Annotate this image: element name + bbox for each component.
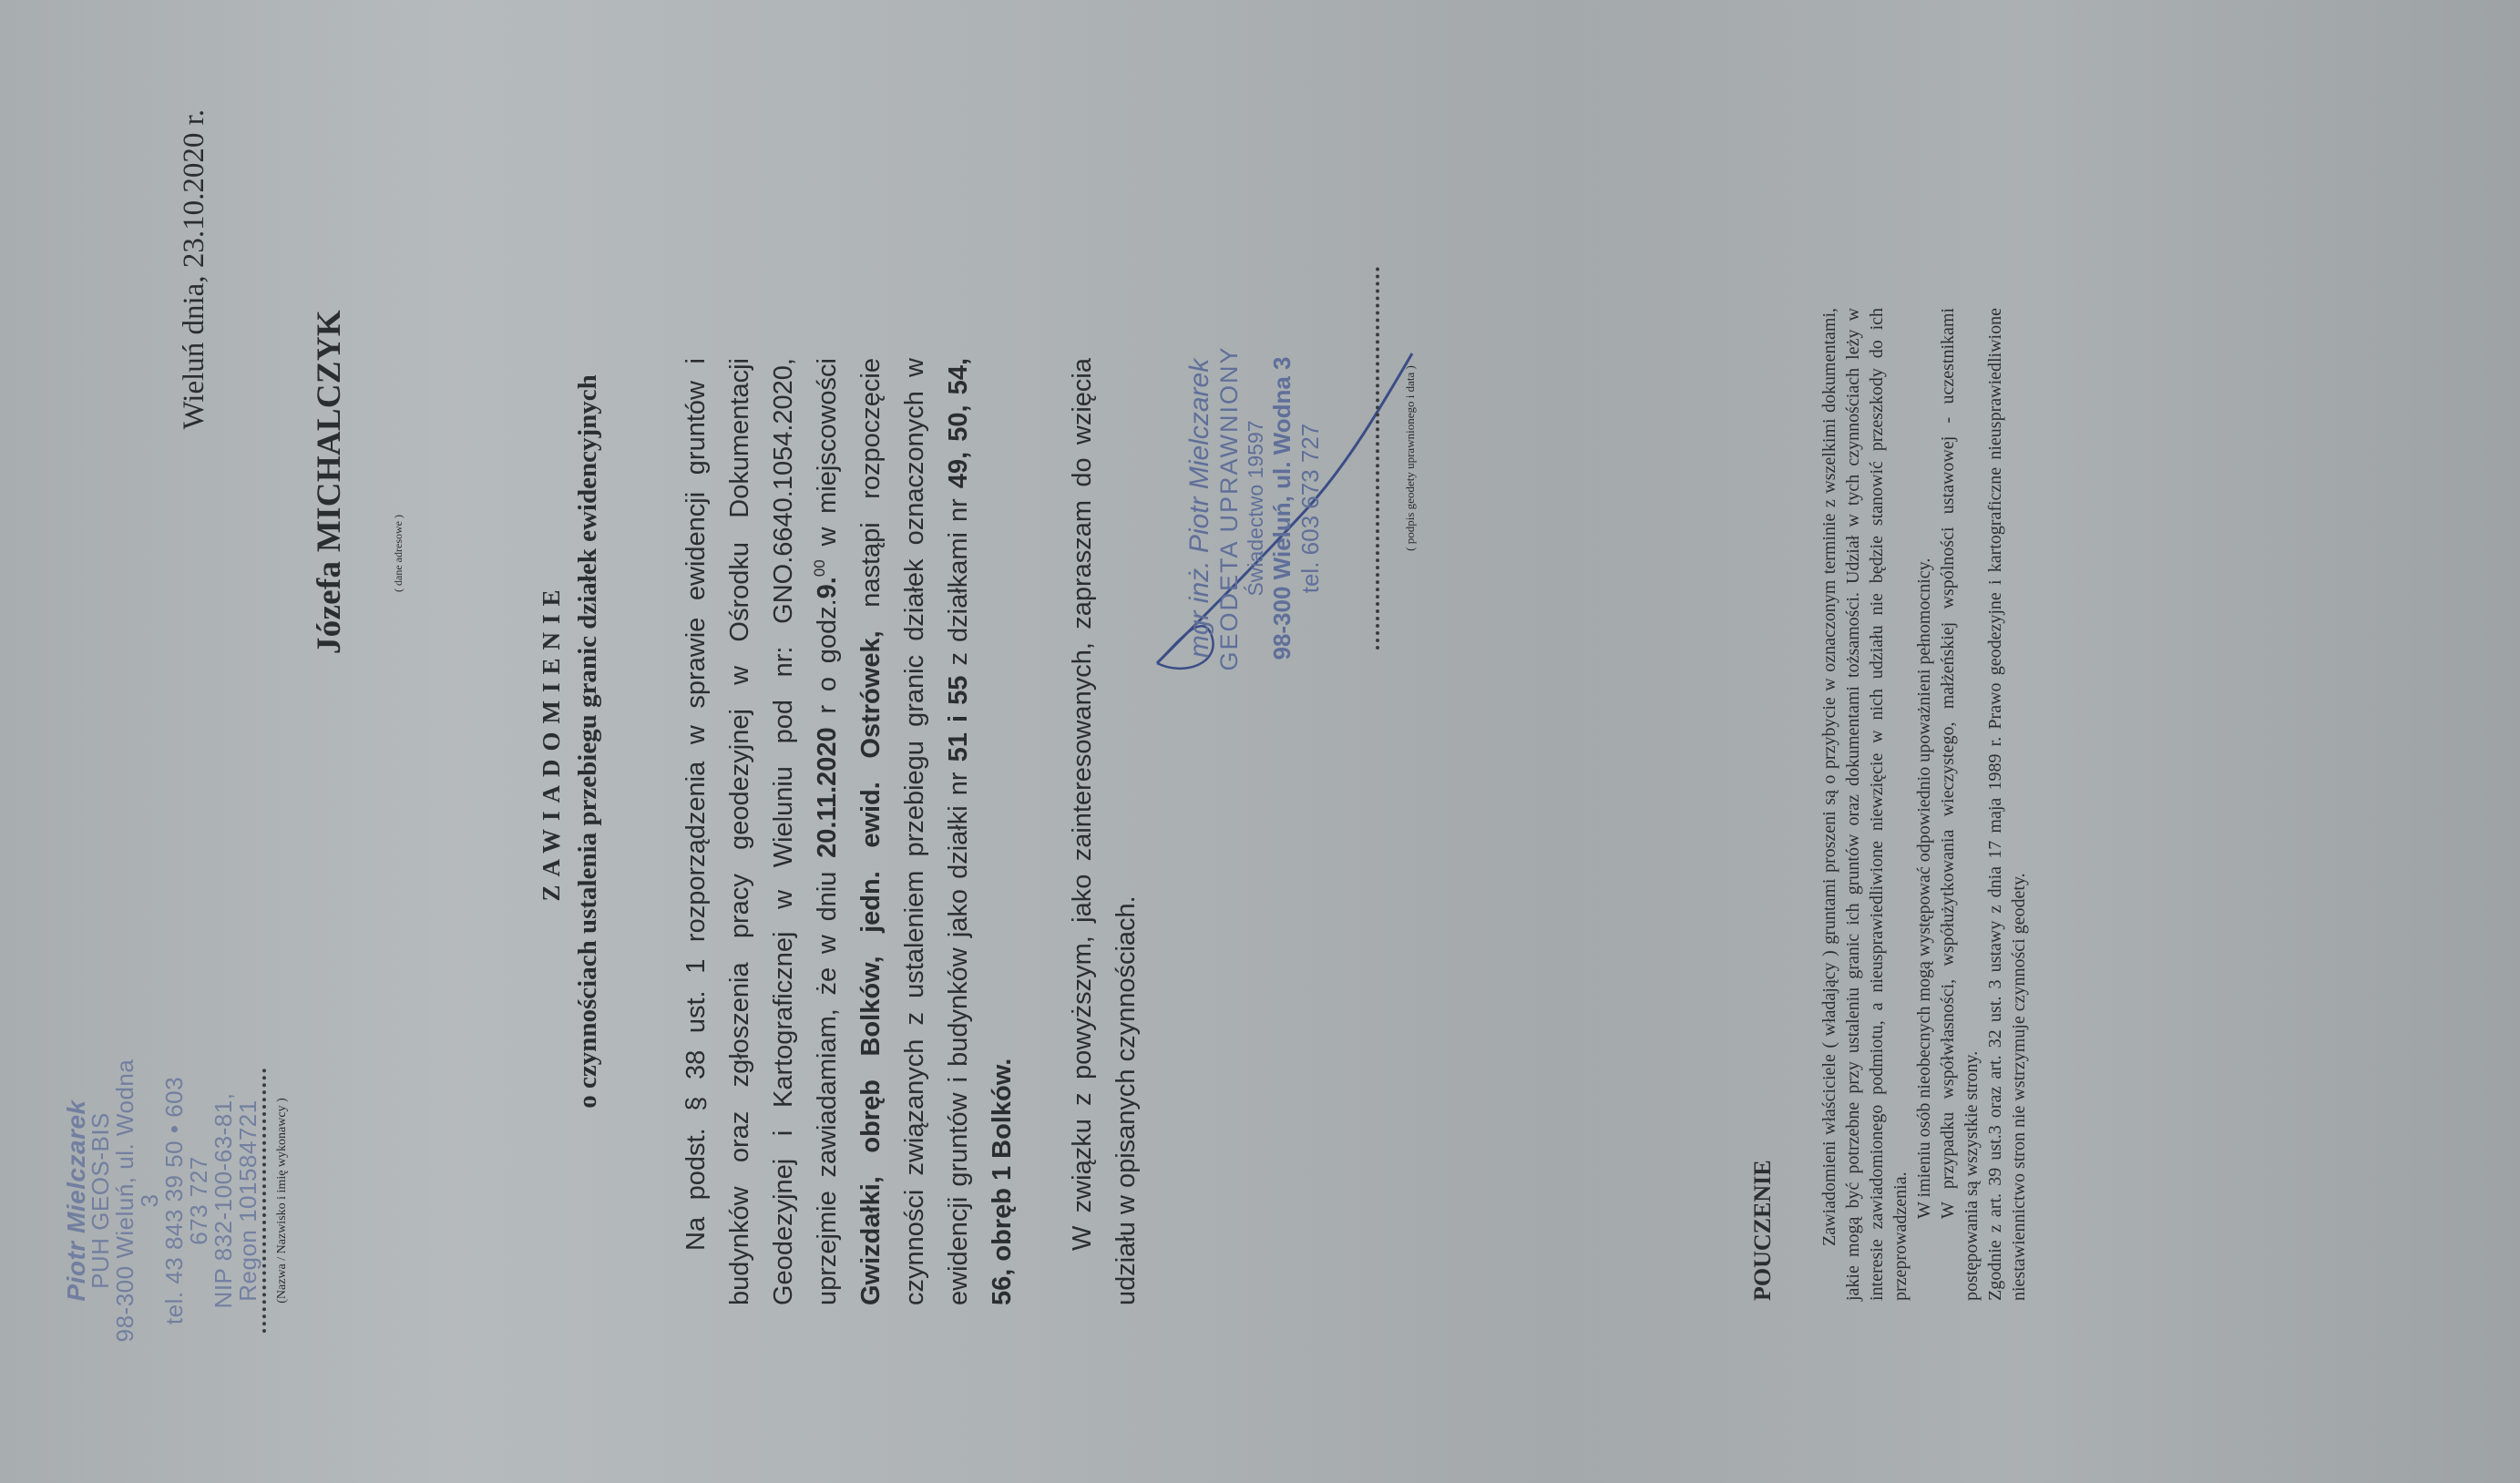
city-date: Wieluń dnia, 23.10.2020 r.: [178, 109, 211, 430]
contractor-caption: (Nazwa / Nazwisko i imię wykonawcy ): [275, 1055, 290, 1346]
surveyor-stamp: mgr inż. Piotr Mielczarek GEODETA UPRAWN…: [1184, 335, 1325, 681]
instruction-paragraph: W imieniu osób nieobecnych mogą występow…: [1912, 308, 1936, 1301]
notice-paragraph-2: W związku z powyższym, jako zainteresowa…: [1060, 358, 1148, 1305]
contractor-dotted-line: [262, 1069, 266, 1333]
signature-caption: ( podpis geodety uprawnionego i data ): [1403, 267, 1418, 649]
instruction-title: POUCZENIE: [1749, 1160, 1777, 1301]
plot-numbers: 51 i 55: [944, 676, 973, 762]
surveyor-phone: tel. 603 673 727: [1296, 335, 1325, 681]
instruction-body: Zawiadomieni właściciele ( władający ) g…: [1818, 308, 2031, 1301]
meeting-date: 20.11.2020: [813, 727, 842, 858]
document-page: Piotr Mielczarek PUH GEOS-BIS 98-300 Wie…: [0, 0, 2520, 1483]
contractor-name: Piotr Mielczarek: [64, 1055, 88, 1346]
notice-paragraph-1: Na podst. § 38 ust. 1 rozporządzenia w s…: [674, 358, 1024, 1305]
contractor-phone: tel. 43 843 39 50 • 603 673 727: [162, 1055, 211, 1346]
contractor-ids: NIP 832-100-63-81, Regon 101584721: [211, 1055, 261, 1346]
addressee-caption: ( dane adresowe ): [392, 515, 405, 592]
contractor-company: PUH GEOS-BIS: [88, 1055, 113, 1346]
signature-dotted-line: [1376, 267, 1379, 649]
notice-body: Na podst. § 38 ust. 1 rozporządzenia w s…: [674, 358, 1148, 1305]
surveyor-address: 98-300 Wieluń, ul. Wodna 3: [1268, 335, 1296, 681]
surveyor-title: GEODETA UPRAWNIONY: [1215, 335, 1244, 681]
addressee-name: Józefa MICHALCZYK: [310, 310, 349, 654]
instruction-paragraph: Zgodnie z art. 39 ust.3 oraz art. 32 ust…: [1983, 308, 2031, 1301]
instruction-paragraph: W przypadku współwłasności, współużytkow…: [1936, 308, 1983, 1301]
document-title: ZAWIADOMIENIE o czynnościach ustalenia p…: [538, 0, 603, 1483]
surveyor-certificate: Świadectwo 19597: [1244, 335, 1268, 681]
meeting-place: Gwizdałki, obręb Bolków, jedn. ewid. Ost…: [856, 630, 886, 1305]
meeting-hour: 9.: [813, 577, 842, 598]
surveyor-name: mgr inż. Piotr Mielczarek: [1184, 335, 1215, 681]
instruction-paragraph: Zawiadomieni właściciele ( władający ) g…: [1818, 308, 1912, 1301]
contractor-address: 98-300 Wieluń, ul. Wodna 3: [113, 1055, 162, 1346]
title-main: ZAWIADOMIENIE: [538, 0, 566, 1483]
contractor-stamp: Piotr Mielczarek PUH GEOS-BIS 98-300 Wie…: [64, 1055, 290, 1346]
title-sub: o czynnościach ustalenia przebiegu grani…: [573, 0, 603, 1483]
